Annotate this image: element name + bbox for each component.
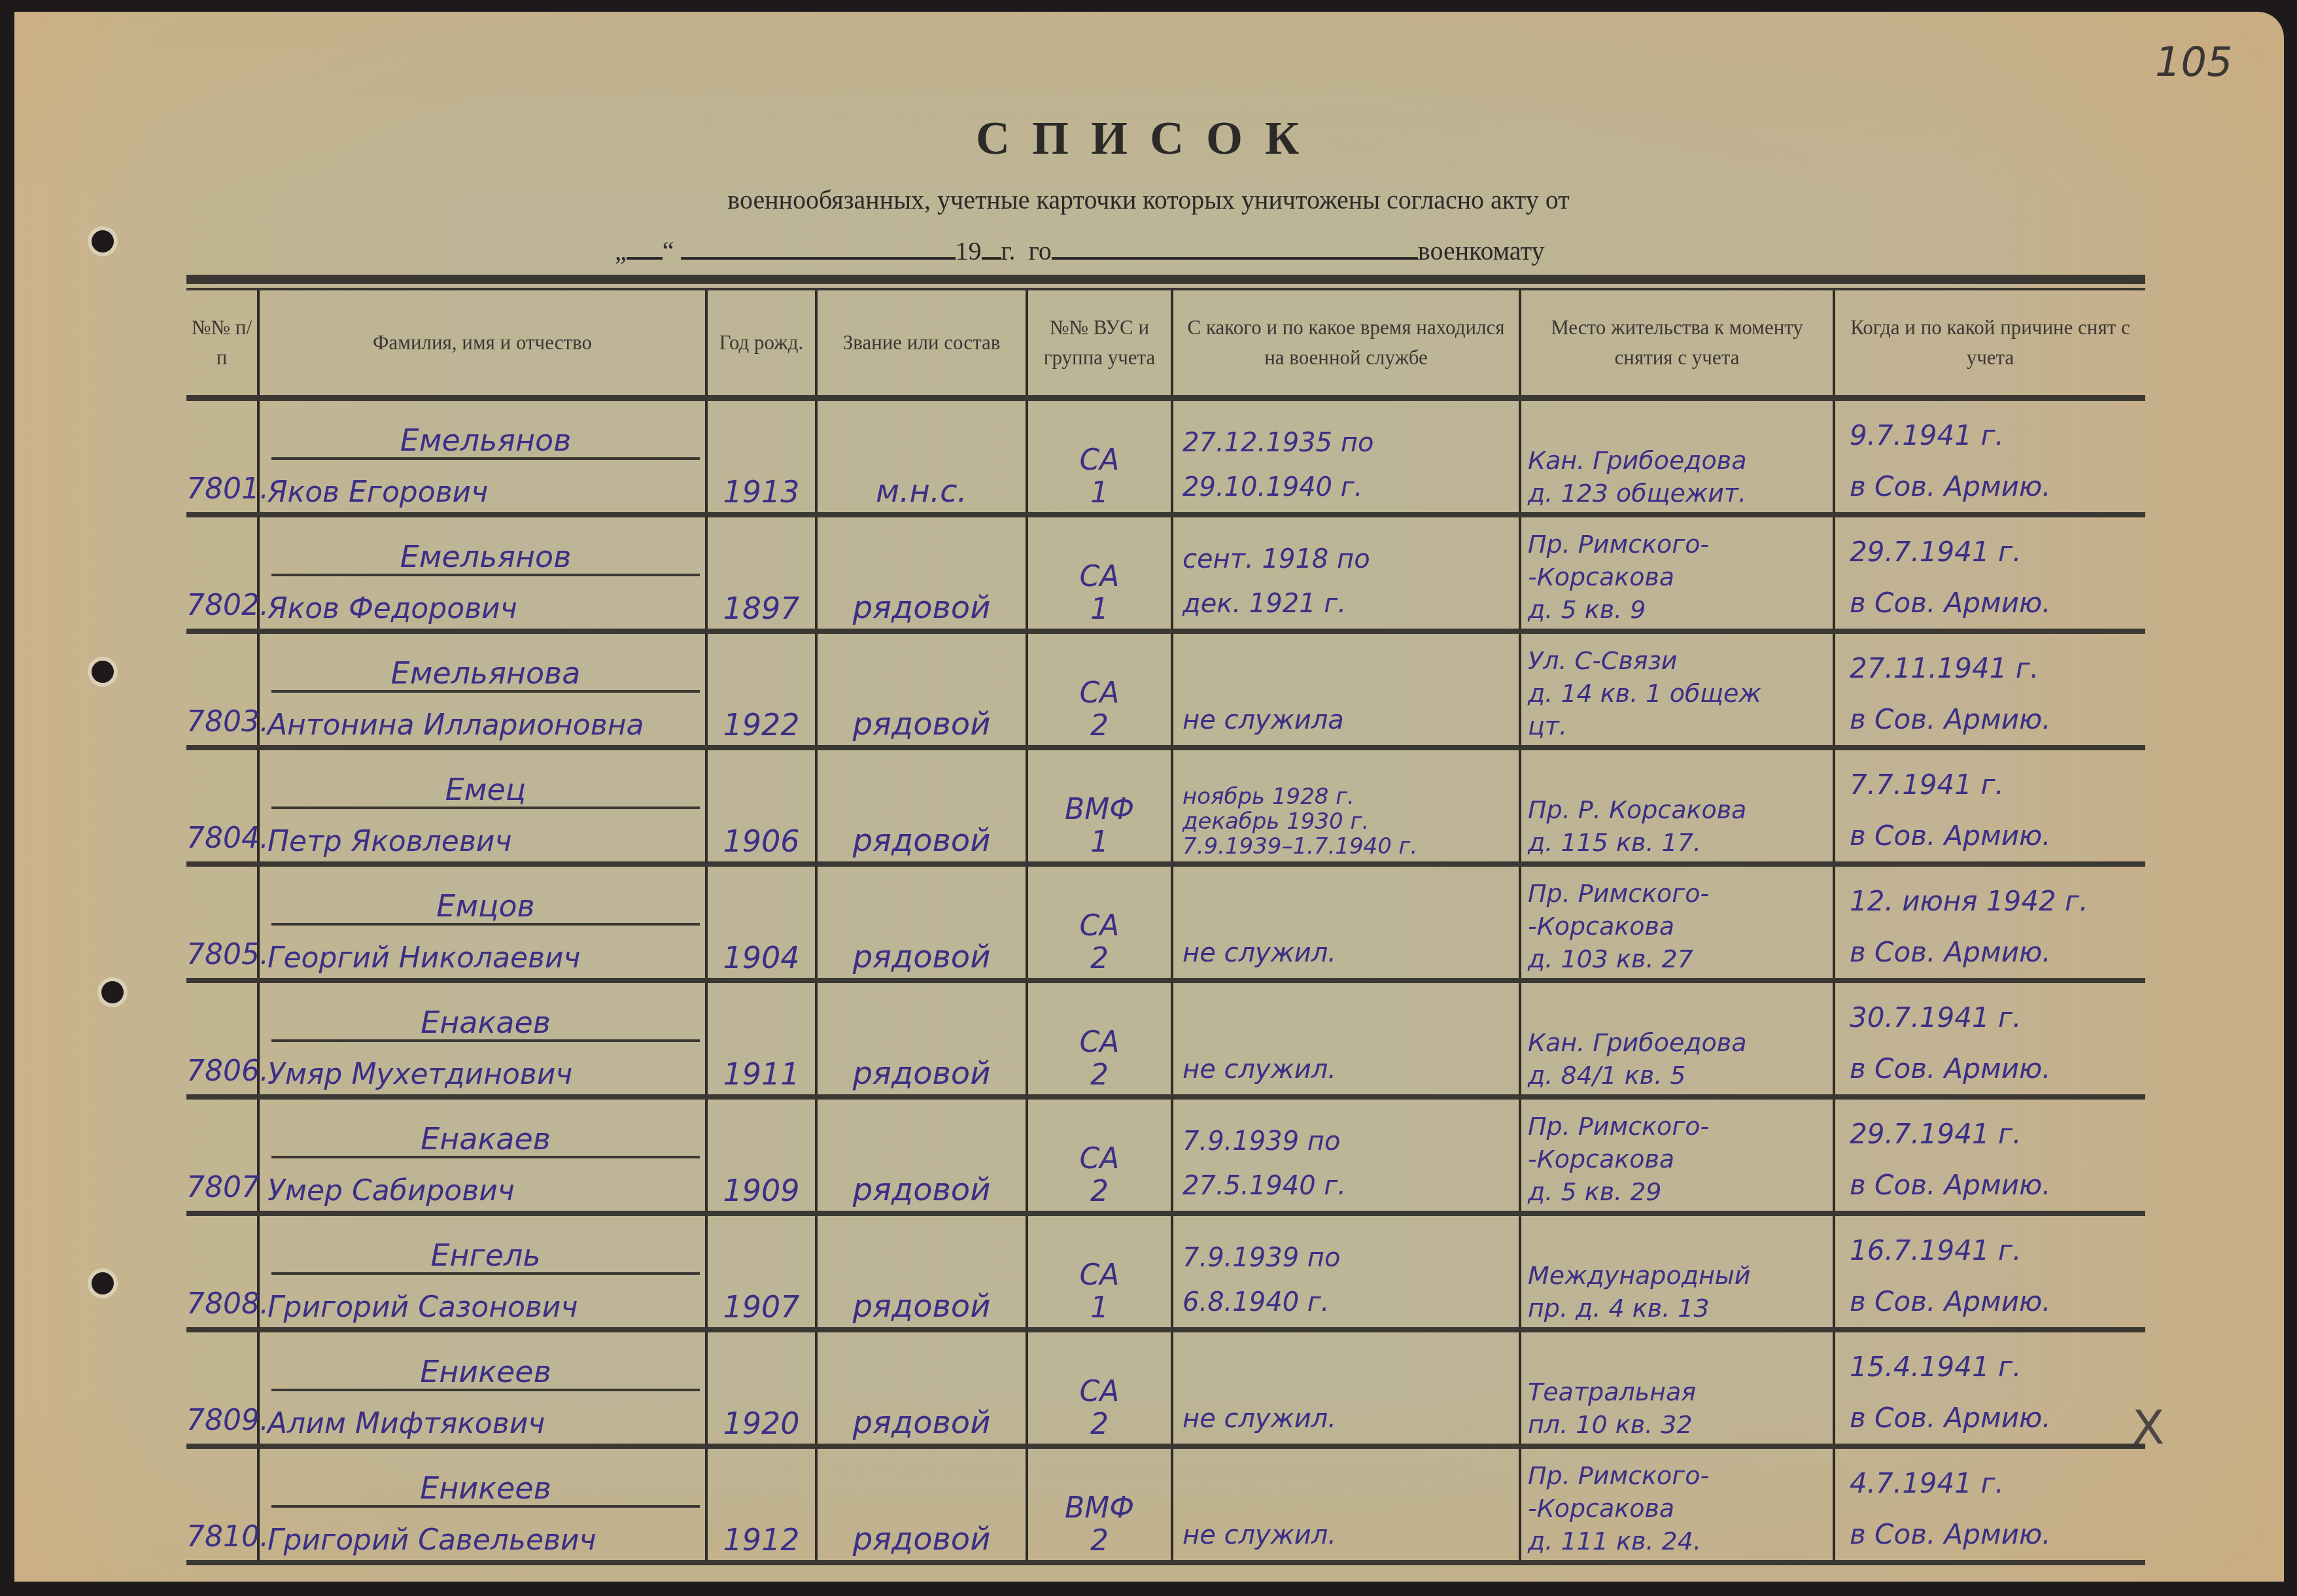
vus-branch: СА [1028,1026,1171,1059]
service-line: не служил. [1183,1396,1519,1441]
office-label: военкомату [1418,236,1545,266]
row-number: 7802. [186,515,258,631]
vus-group: 2 [1028,1525,1171,1557]
vus-group: 1 [1028,826,1171,859]
vus-cell: ВМФ2 [1027,1446,1172,1563]
vus-group: 1 [1028,477,1171,510]
row-number: 7807 [186,1097,258,1213]
removal-reason: в Сов. Армию. [1850,810,2145,861]
service-line: 7.9.1939 по [1183,1119,1519,1164]
vus-group: 1 [1028,1292,1171,1325]
given-name-patronymic: Георгий Николаевич [262,926,705,978]
residence: Международныйпр. д. 4 кв. 13 [1520,1213,1834,1330]
rank: рядовой [816,1330,1027,1446]
address-line: Театральная [1528,1376,1833,1408]
vus-branch: ВМФ [1028,793,1171,826]
binder-hole [92,1272,114,1294]
full-name-cell: ЕмельяноваАнтонина Илларионовна [258,631,706,748]
removal-reason: в Сов. Армию. [1850,578,2145,629]
surname: Емец [271,758,700,809]
table-row: 7807ЕнакаевУмер Сабирович1909рядовойСА27… [186,1097,2145,1213]
col-header-removal: Когда и по какой причине снят с учета [1834,290,2145,398]
service-line: 7.9.1939 по [1183,1236,1519,1280]
address-line: -Корсакова [1528,1143,1833,1175]
service-line: декабрь 1930 г. [1183,809,1519,834]
vus-group: 2 [1028,710,1171,742]
quote-close: “ [663,236,674,266]
vus-group: 2 [1028,1408,1171,1441]
row-number: 7801. [186,398,258,515]
document-subtitle: военнообязанных, учетные карточки которы… [0,184,2297,215]
vus-cell: СА1 [1027,515,1172,631]
address-line: цт. [1528,710,1833,742]
given-name-patronymic: Антонина Илларионовна [262,693,705,745]
table-row: 7809.ЕникеевАлим Мифтякович1920рядовойСА… [186,1330,2145,1446]
removal-reason: в Сов. Армию. [1850,694,2145,745]
removal-reason: в Сов. Армию. [1850,1393,2145,1444]
address-line: Пр. Римского- [1528,877,1833,910]
address-line: пр. д. 4 кв. 13 [1528,1292,1833,1325]
address-line: д. 5 кв. 29 [1528,1175,1833,1208]
margin-mark: X [2132,1400,2164,1455]
address-line: Кан. Грибоедова [1528,444,1833,477]
residence: Театральнаяпл. 10 кв. 32 [1520,1330,1834,1446]
month-blank [681,254,956,260]
office-prefix: го [1028,236,1051,266]
service-period: 27.12.1935 по29.10.1940 г. [1172,398,1520,515]
table-row: 7802.ЕмельяновЯков Федорович1897рядовойС… [186,515,2145,631]
col-header-rank: Звание или состав [816,290,1027,398]
given-name-patronymic: Григорий Сазонович [262,1275,705,1327]
binder-hole [101,981,124,1003]
vus-branch: СА [1028,677,1171,710]
address-line: Ул. С-Связи [1528,644,1833,677]
surname: Еникеев [271,1457,700,1508]
residence: Пр. Римского--Корсаковад. 5 кв. 29 [1520,1097,1834,1213]
removal-date: 7.7.1941 г. [1850,759,2145,810]
address-line: Пр. Римского- [1528,528,1833,561]
given-name-patronymic: Умер Сабирович [262,1158,705,1211]
vus-group: 2 [1028,943,1171,975]
col-header-residence: Место жительства к моменту снятия с учет… [1520,290,1834,398]
removal-date: 27.11.1941 г. [1850,643,2145,694]
full-name-cell: ЕмецПетр Яковлевич [258,748,706,864]
rank: рядовой [816,1446,1027,1563]
rank: рядовой [816,1213,1027,1330]
vus-branch: СА [1028,910,1171,943]
full-name-cell: ЕникеевАлим Мифтякович [258,1330,706,1446]
col-header-birth-year: Год рожд. [706,290,816,398]
rank: рядовой [816,980,1027,1097]
removal-date: 16.7.1941 г. [1850,1225,2145,1276]
vus-cell: СА1 [1027,1213,1172,1330]
table-row: 7806.ЕнакаевУмяр Мухетдинович1911рядовой… [186,980,2145,1097]
address-line: д. 14 кв. 1 общеж [1528,677,1833,710]
given-name-patronymic: Григорий Савельевич [262,1508,705,1560]
service-line: ноябрь 1928 г. [1183,784,1519,809]
address-line: -Корсакова [1528,561,1833,593]
removal-date: 12. июня 1942 г. [1850,876,2145,927]
address-line: пл. 10 кв. 32 [1528,1408,1833,1441]
address-line: Пр. Римского- [1528,1110,1833,1143]
removal-date: 4.7.1941 г. [1850,1458,2145,1509]
col-header-vus: №№ ВУС и группа учета [1027,290,1172,398]
birth-year: 1911 [706,980,816,1097]
document-title: СПИСОК [0,111,2297,165]
vus-group: 2 [1028,1059,1171,1092]
given-name-patronymic: Алим Мифтякович [262,1391,705,1444]
removal-cell: 29.7.1941 г.в Сов. Армию. [1834,1097,2145,1213]
vus-branch: ВМФ [1028,1492,1171,1525]
col-header-service: С какого и по какое время находился на в… [1172,290,1520,398]
address-line: Кан. Грибоедова [1528,1026,1833,1059]
surname: Еникеев [271,1340,700,1391]
address-line: д. 103 кв. 27 [1528,943,1833,975]
row-number: 7808. [186,1213,258,1330]
vus-group: 2 [1028,1175,1171,1208]
vus-branch: СА [1028,1259,1171,1292]
surname: Енакаев [271,991,700,1042]
birth-year: 1906 [706,748,816,864]
surname: Емельянова [271,642,700,693]
residence: Кан. Грибоедовад. 84/1 кв. 5 [1520,980,1834,1097]
address-line: д. 111 кв. 24. [1528,1525,1833,1557]
vus-cell: СА1 [1027,398,1172,515]
service-period: не служил. [1172,864,1520,980]
removal-cell: 12. июня 1942 г.в Сов. Армию. [1834,864,2145,980]
row-number: 7806. [186,980,258,1097]
address-line: д. 84/1 кв. 5 [1528,1059,1833,1092]
col-header-name: Фамилия, имя и отчество [258,290,706,398]
removal-reason: в Сов. Армию. [1850,461,2145,512]
year-blank [982,254,1001,260]
birth-year: 1922 [706,631,816,748]
removal-reason: в Сов. Армию. [1850,1509,2145,1560]
records-table: №№ п/п Фамилия, имя и отчество Год рожд.… [186,290,2145,1565]
birth-year: 1909 [706,1097,816,1213]
surname: Енгель [271,1224,700,1275]
row-number: 7809. [186,1330,258,1446]
removal-cell: 15.4.1941 г.в Сов. Армию. [1834,1330,2145,1446]
address-line: д. 123 общежит. [1528,477,1833,510]
service-line: сент. 1918 по [1183,537,1519,581]
vus-cell: ВМФ1 [1027,748,1172,864]
table-row: 7808.ЕнгельГригорий Сазонович1907рядовой… [186,1213,2145,1330]
service-line: 6.8.1940 г. [1183,1280,1519,1325]
table-row: 7804.ЕмецПетр Яковлевич1906рядовойВМФ1но… [186,748,2145,864]
service-line: не служил. [1183,1047,1519,1092]
row-number: 7810. [186,1446,258,1563]
service-line: 7.9.1939–1.7.1940 г. [1183,834,1519,859]
birth-year: 1897 [706,515,816,631]
address-line: -Корсакова [1528,910,1833,943]
birth-year: 1913 [706,398,816,515]
vus-branch: СА [1028,561,1171,593]
service-period: ноябрь 1928 г.декабрь 1930 г.7.9.1939–1.… [1172,748,1520,864]
service-line: 29.10.1940 г. [1183,465,1519,510]
year-suffix: г. [1001,236,1016,266]
full-name-cell: ЕнакаевУмяр Мухетдинович [258,980,706,1097]
rank: рядовой [816,515,1027,631]
vus-branch: СА [1028,444,1171,477]
service-period: не служил. [1172,1446,1520,1563]
service-line: не служил. [1183,931,1519,975]
removal-reason: в Сов. Армию. [1850,1160,2145,1211]
rank: рядовой [816,1097,1027,1213]
service-line: 27.5.1940 г. [1183,1164,1519,1208]
vus-branch: СА [1028,1376,1171,1408]
row-number: 7803. [186,631,258,748]
surname: Енакаев [271,1107,700,1158]
removal-reason: в Сов. Армию. [1850,1276,2145,1327]
header-rule [186,275,2145,284]
address-line: Пр. Р. Корсакова [1528,793,1833,826]
residence: Пр. Р. Корсаковад. 115 кв. 17. [1520,748,1834,864]
service-line: 27.12.1935 по [1183,421,1519,465]
service-period: не служила [1172,631,1520,748]
removal-date: 9.7.1941 г. [1850,410,2145,461]
residence: Пр. Римского--Корсаковад. 5 кв. 9 [1520,515,1834,631]
address-line: д. 115 кв. 17. [1528,826,1833,859]
residence: Пр. Римского--Корсаковад. 103 кв. 27 [1520,864,1834,980]
given-name-patronymic: Умяр Мухетдинович [262,1042,705,1094]
service-line: не служил. [1183,1513,1519,1557]
service-period: 7.9.1939 по27.5.1940 г. [1172,1097,1520,1213]
given-name-patronymic: Яков Егорович [262,460,705,512]
residence: Пр. Римского--Корсаковад. 111 кв. 24. [1520,1446,1834,1563]
birth-year: 1907 [706,1213,816,1330]
surname: Емельянов [271,525,700,576]
table-row: 7810.ЕникеевГригорий Савельевич1912рядов… [186,1446,2145,1563]
address-line: Пр. Римского- [1528,1459,1833,1492]
removal-cell: 4.7.1941 г.в Сов. Армию. [1834,1446,2145,1563]
table-header-row: №№ п/п Фамилия, имя и отчество Год рожд.… [186,290,2145,398]
day-blank [627,254,663,260]
vus-cell: СА2 [1027,631,1172,748]
vus-cell: СА2 [1027,1330,1172,1446]
vus-cell: СА2 [1027,980,1172,1097]
given-name-patronymic: Петр Яковлевич [262,809,705,861]
residence: Кан. Грибоедовад. 123 общежит. [1520,398,1834,515]
table-row: 7805.ЕмцовГеоргий Николаевич1904рядовойС… [186,864,2145,980]
full-name-cell: ЕмцовГеоргий Николаевич [258,864,706,980]
binder-hole [92,661,114,683]
surname: Емельянов [271,409,700,460]
service-period: 7.9.1939 по6.8.1940 г. [1172,1213,1520,1330]
removal-date: 29.7.1941 г. [1850,1109,2145,1160]
row-number: 7804. [186,748,258,864]
row-number: 7805. [186,864,258,980]
col-header-number: №№ п/п [186,290,258,398]
service-line: дек. 1921 г. [1183,581,1519,626]
rank: м.н.с. [816,398,1027,515]
removal-cell: 9.7.1941 г.в Сов. Армию. [1834,398,2145,515]
service-period: не служил. [1172,980,1520,1097]
rank: рядовой [816,864,1027,980]
surname: Емцов [271,875,700,926]
address-line: д. 5 кв. 9 [1528,593,1833,626]
quote-open: „ [615,236,627,266]
removal-cell: 30.7.1941 г.в Сов. Армию. [1834,980,2145,1097]
table-row: 7803.ЕмельяноваАнтонина Илларионовна1922… [186,631,2145,748]
full-name-cell: ЕнгельГригорий Сазонович [258,1213,706,1330]
birth-year: 1904 [706,864,816,980]
removal-cell: 16.7.1941 г.в Сов. Армию. [1834,1213,2145,1330]
removal-reason: в Сов. Армию. [1850,1043,2145,1094]
rank: рядовой [816,631,1027,748]
service-line: не служила [1183,698,1519,742]
removal-date: 15.4.1941 г. [1850,1342,2145,1393]
full-name-cell: ЕмельяновЯков Егорович [258,398,706,515]
full-name-cell: ЕнакаевУмер Сабирович [258,1097,706,1213]
removal-cell: 29.7.1941 г.в Сов. Армию. [1834,515,2145,631]
address-line: Международный [1528,1259,1833,1292]
rank: рядовой [816,748,1027,864]
page-number: 105 [2155,38,2232,86]
removal-date: 29.7.1941 г. [1850,527,2145,578]
full-name-cell: ЕмельяновЯков Федорович [258,515,706,631]
address-line: -Корсакова [1528,1492,1833,1525]
removal-reason: в Сов. Армию. [1850,927,2145,978]
vus-cell: СА2 [1027,864,1172,980]
full-name-cell: ЕникеевГригорий Савельевич [258,1446,706,1563]
given-name-patronymic: Яков Федорович [262,576,705,629]
birth-year: 1912 [706,1446,816,1563]
birth-year: 1920 [706,1330,816,1446]
residence: Ул. С-Связид. 14 кв. 1 общежцт. [1520,631,1834,748]
table-row: 7801.ЕмельяновЯков Егорович1913м.н.с.СА1… [186,398,2145,515]
office-blank [1052,254,1418,260]
binder-hole [92,230,114,252]
service-period: сент. 1918 подек. 1921 г. [1172,515,1520,631]
year-prefix: 19 [956,236,982,266]
removal-date: 30.7.1941 г. [1850,992,2145,1043]
removal-cell: 7.7.1941 г.в Сов. Армию. [1834,748,2145,864]
removal-cell: 27.11.1941 г.в Сов. Армию. [1834,631,2145,748]
vus-branch: СА [1028,1143,1171,1175]
vus-cell: СА2 [1027,1097,1172,1213]
service-period: не служил. [1172,1330,1520,1446]
act-reference-line: „“ 19г. говоенкомату [615,235,1544,266]
vus-group: 1 [1028,593,1171,626]
